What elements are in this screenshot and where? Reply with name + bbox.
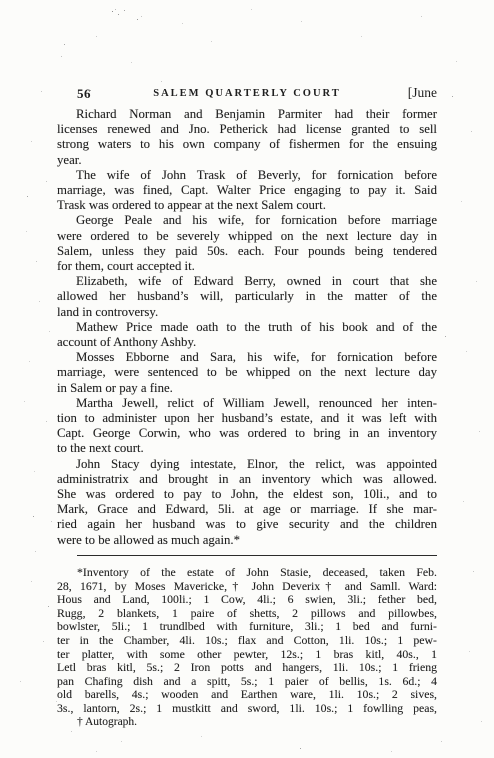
text-line: pan Chafing dish and a spitt, 5s.; 1 pai…: [57, 675, 437, 689]
text-line: land in controversy.: [57, 305, 437, 320]
text-line: year.: [57, 153, 437, 168]
autograph-note: † Autograph.: [77, 716, 437, 730]
text-line: administratrix and brought in an invento…: [57, 472, 437, 487]
text-line: ter platter, with some other pewter, 12s…: [57, 648, 437, 662]
text-line: Mosses Ebborne and Sara, his wife, for f…: [57, 350, 437, 365]
text-line: John Stacy dying intestate, Elnor, the r…: [57, 457, 437, 472]
text-line: She was ordered to pay to John, the elde…: [57, 487, 437, 502]
paragraph-licenses: Richard Norman and Benjamin Parmiter had…: [57, 107, 437, 168]
paragraph-stacy: John Stacy dying intestate, Elnor, the r…: [57, 457, 437, 548]
text-line: George Peale and his wife, for fornicati…: [57, 213, 437, 228]
text-line: *Inventory of the estate of John Stasie,…: [57, 566, 437, 580]
text-line: to the next court.: [57, 441, 437, 456]
text-line: in Salem or pay a fine.: [57, 381, 437, 396]
text-line: Capt. George Corwin, who was ordered to …: [57, 426, 437, 441]
footnote-inventory: *Inventory of the estate of John Stasie,…: [57, 566, 437, 716]
text-line: Mark, Grace and Edward, 5li. at age or m…: [57, 502, 437, 517]
text-line: strong waters to his own company of fish…: [57, 137, 437, 152]
text-line: marriage, were sentenced to be whipped o…: [57, 365, 437, 380]
running-title: SALEM QUARTERLY COURT: [57, 88, 437, 99]
paragraph-jewell: Martha Jewell, relict of William Jewell,…: [57, 396, 437, 457]
paragraph-berry: Elizabeth, wife of Edward Berry, owned i…: [57, 274, 437, 320]
paragraph-ebborne: Mosses Ebborne and Sara, his wife, for f…: [57, 350, 437, 396]
text-line: bowlster, 5li.; 1 trundlbed with furnitu…: [57, 620, 437, 634]
text-line: were to be allowed as much again.*: [57, 533, 437, 548]
paragraph-peale: George Peale and his wife, for fornicati…: [57, 213, 437, 274]
body-text: Richard Norman and Benjamin Parmiter had…: [57, 107, 437, 548]
scan-noise-dark: [0, 0, 1, 1]
month-marker: [June: [408, 85, 437, 101]
text-line: marriage, was fined, Capt. Walter Price …: [57, 183, 437, 198]
text-line: 28, 1671, by Moses Mavericke,† John Deve…: [57, 580, 437, 594]
text-line: licenses renewed and Jno. Petherick had …: [57, 122, 437, 137]
scanned-book-page: 56 SALEM QUARTERLY COURT [June Richard N…: [0, 0, 494, 758]
text-line: Letl bras kitl, 5s.; 2 Iron potts and ha…: [57, 661, 437, 675]
text-line: ter in the Chamber, 4li. 10s.; flax and …: [57, 634, 437, 648]
text-line: tion to administer upon her husband’s es…: [57, 411, 437, 426]
text-line: Rugg, 2 blankets, 1 paire of shetts, 2 p…: [57, 607, 437, 621]
text-line: ried again her husband was to give secur…: [57, 517, 437, 532]
text-line: Hous and Land, 100li.; 1 Cow, 4li.; 6 sw…: [57, 593, 437, 607]
footnote-separator-rule: [77, 555, 437, 556]
text-line: Elizabeth, wife of Edward Berry, owned i…: [57, 274, 437, 289]
text-line: for them, court accepted it.: [57, 259, 437, 274]
text-line: Salem, unless they paid 50s. each. Four …: [57, 244, 437, 259]
text-line: were ordered to be severely whipped on t…: [57, 229, 437, 244]
text-line: Mathew Price made oath to the truth of h…: [57, 320, 437, 335]
paragraph-trask: The wife of John Trask of Beverly, for f…: [57, 168, 437, 214]
text-line: Trask was ordered to appear at the next …: [57, 198, 437, 213]
text-line: allowed her husband’s will, particularly…: [57, 289, 437, 304]
text-line: Martha Jewell, relict of William Jewell,…: [57, 396, 437, 411]
text-line: The wife of John Trask of Beverly, for f…: [57, 168, 437, 183]
text-line: 3s., lantorn, 2s.; 1 mustkitt and sword,…: [57, 702, 437, 716]
page-header: 56 SALEM QUARTERLY COURT [June: [57, 86, 437, 101]
text-line: account of Anthony Ashby.: [57, 335, 437, 350]
paragraph-price: Mathew Price made oath to the truth of h…: [57, 320, 437, 350]
text-line: Richard Norman and Benjamin Parmiter had…: [57, 107, 437, 122]
text-line: old barells, 4s.; wooden and Earthen war…: [57, 688, 437, 702]
